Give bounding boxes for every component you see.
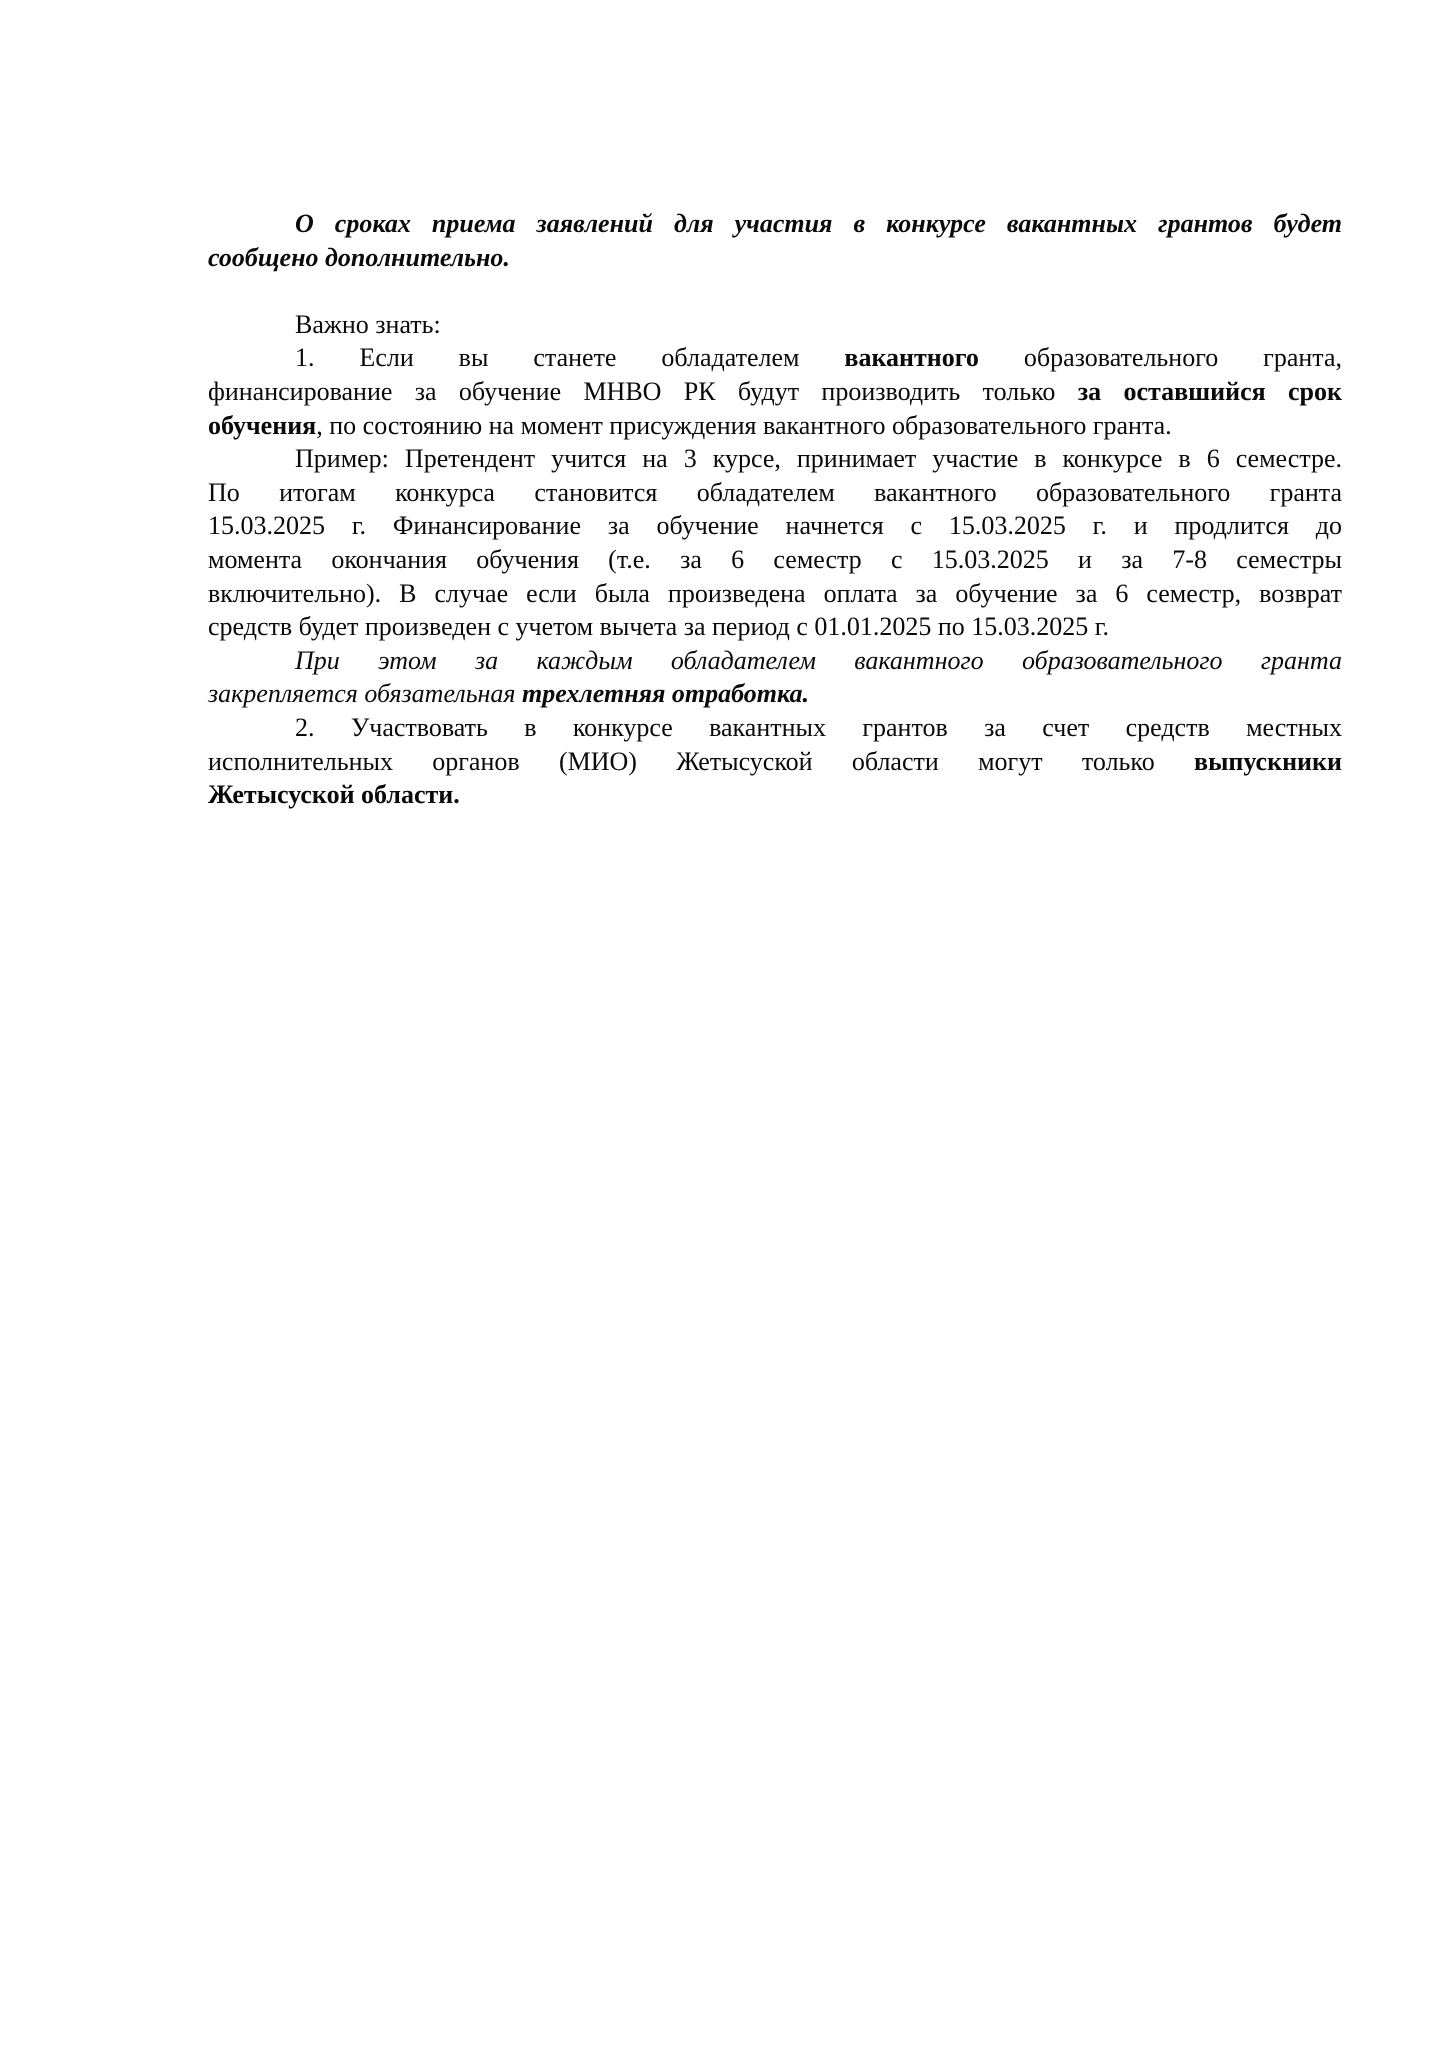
text-line: Пример: Претендент учится на 3 курсе, пр… bbox=[208, 442, 1342, 476]
text-line: По итогам конкурса становится обладателе… bbox=[208, 476, 1342, 510]
document-body: О сроках приема заявлений для участия в … bbox=[208, 207, 1342, 812]
text-line: включительно). В случае если была произв… bbox=[208, 577, 1342, 611]
emphasized-text-run: При этом за каждым обладателем вакантног… bbox=[295, 646, 1342, 675]
emphasized-text-run: вакантного bbox=[844, 343, 979, 372]
text-line: При этом за каждым обладателем вакантног… bbox=[208, 644, 1342, 678]
text-run: средств будет произведен с учетом вычета… bbox=[208, 612, 1109, 641]
text-line: Жетысуской области. bbox=[208, 778, 1342, 812]
text-line: средств будет произведен с учетом вычета… bbox=[208, 610, 1342, 644]
text-line: 1. Если вы станете обладателем вакантног… bbox=[208, 341, 1342, 375]
text-run: Пример: Претендент учится на 3 курсе, пр… bbox=[295, 444, 1342, 473]
paragraph-work-obligation-note: При этом за каждым обладателем вакантног… bbox=[208, 644, 1342, 711]
text-line: сообщено дополнительно. bbox=[208, 241, 1342, 275]
text-line: 2. Участвовать в конкурсе вакантных гран… bbox=[208, 711, 1342, 745]
emphasized-text-run: за оставшийся срок bbox=[1078, 377, 1342, 406]
emphasized-text-run: Жетысуской области. bbox=[208, 780, 460, 809]
text-run: По итогам конкурса становится обладателе… bbox=[208, 478, 1342, 507]
text-line: обучения, по состоянию на момент присужд… bbox=[208, 409, 1342, 443]
emphasized-text-run: выпускники bbox=[1194, 747, 1342, 776]
text-run: 15.03.2025 г. Финансирование за обучение… bbox=[208, 511, 1342, 540]
text-line: финансирование за обучение МНВО РК будут… bbox=[208, 375, 1342, 409]
text-line: 15.03.2025 г. Финансирование за обучение… bbox=[208, 509, 1342, 543]
emphasized-text-run: обучения bbox=[208, 411, 316, 440]
text-run: 2. Участвовать в конкурсе вакантных гран… bbox=[295, 713, 1342, 742]
paragraph-blank-line bbox=[208, 274, 1342, 308]
emphasized-text-run: О сроках приема заявлений для участия в … bbox=[295, 209, 1342, 238]
text-line: О сроках приема заявлений для участия в … bbox=[208, 207, 1342, 241]
text-line: момента окончания обучения (т.е. за 6 се… bbox=[208, 543, 1342, 577]
paragraph-application-deadline-notice: О сроках приема заявлений для участия в … bbox=[208, 207, 1342, 274]
text-line: Важно знать: bbox=[208, 308, 1342, 342]
paragraph-point-2: 2. Участвовать в конкурсе вакантных гран… bbox=[208, 711, 1342, 812]
document-page: О сроках приема заявлений для участия в … bbox=[0, 0, 1448, 2048]
text-line: исполнительных органов (МИО) Жетысуской … bbox=[208, 745, 1342, 779]
text-run: исполнительных органов (МИО) Жетысуской … bbox=[208, 747, 1194, 776]
text-run: включительно). В случае если была произв… bbox=[208, 579, 1342, 608]
emphasized-text-run: закрепляется обязательная bbox=[208, 679, 522, 708]
text-run: образовательного гранта, bbox=[979, 343, 1342, 372]
emphasized-text-run: сообщено дополнительно. bbox=[208, 243, 510, 272]
paragraph-important-heading: Важно знать: bbox=[208, 308, 1342, 342]
text-line: закрепляется обязательная трехлетняя отр… bbox=[208, 677, 1342, 711]
text-run: финансирование за обучение МНВО РК будут… bbox=[208, 377, 1078, 406]
text-run: момента окончания обучения (т.е. за 6 се… bbox=[208, 545, 1342, 574]
paragraph-point-1: 1. Если вы станете обладателем вакантног… bbox=[208, 341, 1342, 442]
emphasized-text-run: трехлетняя отработка. bbox=[522, 679, 809, 708]
text-run: , по состоянию на момент присуждения вак… bbox=[316, 411, 1171, 440]
paragraph-example: Пример: Претендент учится на 3 курсе, пр… bbox=[208, 442, 1342, 644]
text-run: Важно знать: bbox=[295, 310, 441, 339]
text-run: 1. Если вы станете обладателем bbox=[295, 343, 844, 372]
